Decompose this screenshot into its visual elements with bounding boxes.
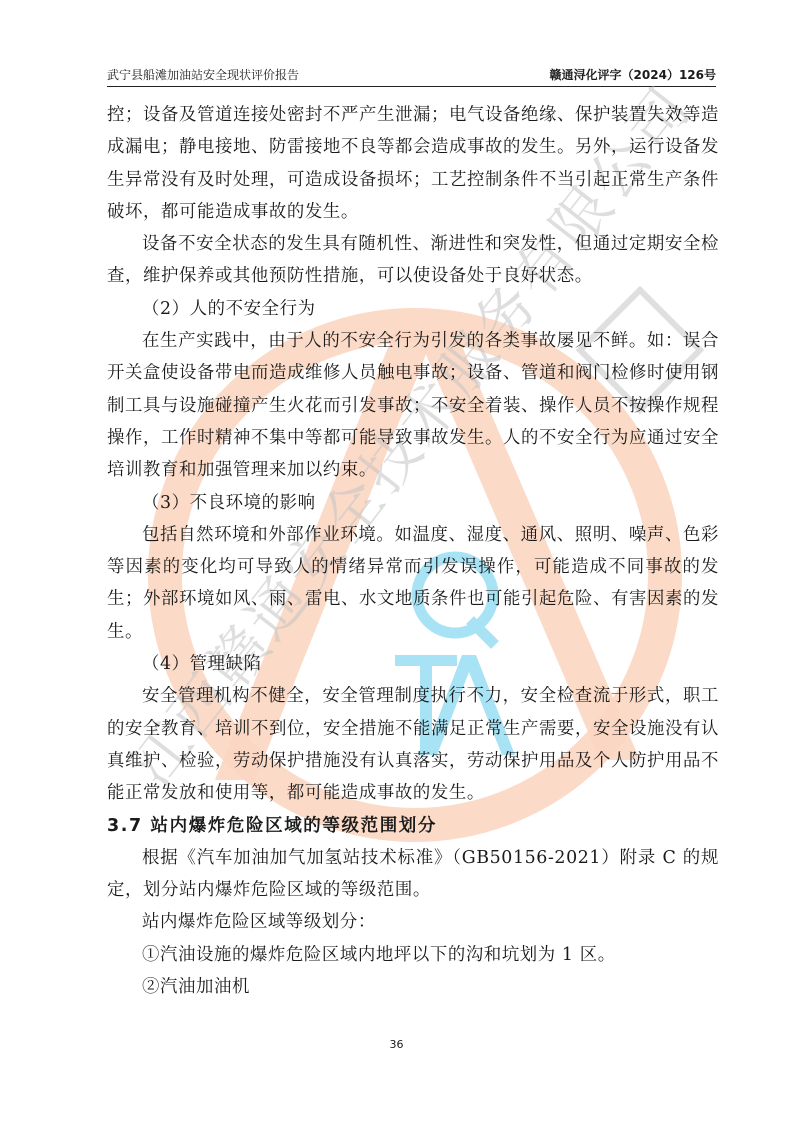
paragraph: 安全管理机构不健全，安全管理制度执行不力，安全检查流于形式，职工的安全教育、培训… xyxy=(107,680,719,809)
subheading: （4）管理缺陷 xyxy=(107,648,719,680)
paragraph: 在生产实践中，由于人的不安全行为引发的各类事故屡见不鲜。如：误合开关盒使设备带电… xyxy=(107,325,719,486)
report-title: 武宁县船滩加油站安全现状评价报告 xyxy=(107,66,299,84)
paragraph: 控；设备及管道连接处密封不严产生泄漏；电气设备绝缘、保护装置失效等造成漏电；静电… xyxy=(107,99,719,228)
paragraph: 设备不安全状态的发生具有随机性、渐进性和突发性，但通过定期安全检查，维护保养或其… xyxy=(107,228,719,293)
list-item: ①汽油设施的爆炸危险区域内地坪以下的沟和坑划为 1 区。 xyxy=(107,939,719,971)
paragraph: 站内爆炸危险区域等级划分： xyxy=(107,906,719,938)
paragraph: 根据《汽车加油加气加氢站技术标准》（GB50156-2021）附录 C 的规定，… xyxy=(107,842,719,907)
list-item: ②汽油加油机 xyxy=(107,971,719,1003)
document-number: 赣通浔化评字（2024）126号 xyxy=(550,66,716,84)
paragraph: 包括自然环境和外部作业环境。如温度、湿度、通风、照明、噪声、色彩等因素的变化均可… xyxy=(107,519,719,648)
page-number: 36 xyxy=(0,1038,793,1051)
page-body: 控；设备及管道连接处密封不严产生泄漏；电气设备绝缘、保护装置失效等造成漏电；静电… xyxy=(107,99,719,1003)
subheading: （2）人的不安全行为 xyxy=(107,293,719,325)
subheading: （3）不良环境的影响 xyxy=(107,487,719,519)
document-page: 武宁县船滩加油站安全现状评价报告 赣通浔化评字（2024）126号 江西赣通安全… xyxy=(0,0,793,1122)
section-heading: 3.7 站内爆炸危险区域的等级范围划分 xyxy=(107,810,719,842)
page-header: 武宁县船滩加油站安全现状评价报告 赣通浔化评字（2024）126号 xyxy=(107,66,716,87)
